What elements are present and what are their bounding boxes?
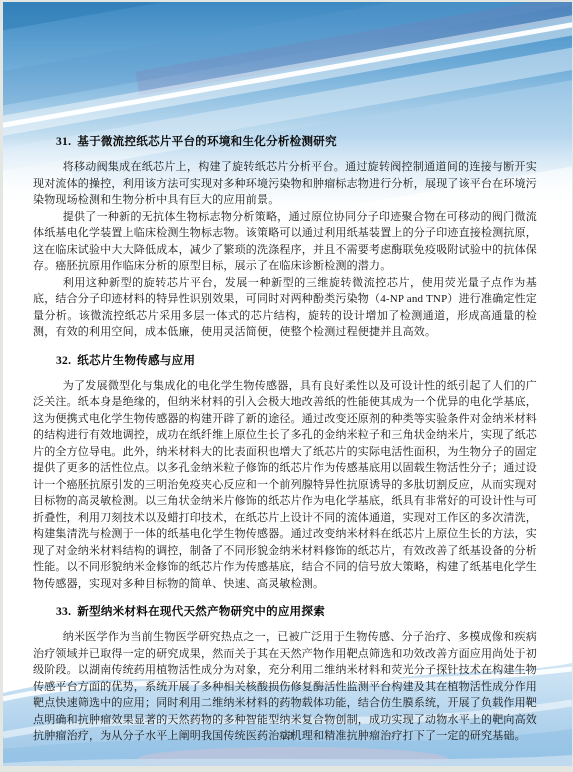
section-31: 31.基于微流控纸芯片平台的环境和生化分析检测研究 将移动阀集成在纸芯片上，构建… [33,133,537,341]
section-title: 31.基于微流控纸芯片平台的环境和生化分析检测研究 [56,133,537,149]
section-title-text: 新型纳米材料在现代天然产物研究中的应用探索 [77,606,325,618]
section-title: 33.新型纳米材料在现代天然产物研究中的应用探索 [56,603,537,619]
section-number: 33. [56,606,71,618]
document-page: 31.基于微流控纸芯片平台的环境和生化分析检测研究 将移动阀集成在纸芯片上，构建… [3,2,572,766]
scanned-page: 31.基于微流控纸芯片平台的环境和生化分析检测研究 将移动阀集成在纸芯片上，构建… [0,0,573,772]
section-number: 32. [56,355,71,367]
paragraph: 为了发展微型化与集成化的电化学生物传感器，具有良好柔性以及可设计性的纸引起了人们… [33,378,537,593]
paragraph: 纳米医学作为当前生物医学研究热点之一，已被广泛用于生物传感、分子治疗、多模成像和… [33,629,537,745]
section-title: 32.纸芯片生物传感与应用 [56,352,537,368]
section-title-text: 基于微流控纸芯片平台的环境和生化分析检测研究 [77,136,337,148]
document-body: 31.基于微流控纸芯片平台的环境和生化分析检测研究 将移动阀集成在纸芯片上，构建… [33,133,537,745]
page-number: 23 [3,730,572,742]
paragraph: 将移动阀集成在纸芯片上，构建了旋转纸芯片分析平台。通过旋转阀控制通道间的连接与断… [33,159,537,209]
section-number: 31. [56,136,71,148]
paragraph: 利用这种新型的旋转芯片平台，发展一种新型的三维旋转微流控芯片，使用荧光量子点作为… [33,275,537,341]
paragraph: 提供了一种新的无抗体生物标志物分析策略，通过原位协同分子印迹聚合物在可移动的阀门… [33,209,537,275]
section-title-text: 纸芯片生物传感与应用 [77,355,195,367]
section-33: 33.新型纳米材料在现代天然产物研究中的应用探索 纳米医学作为当前生物医学研究热… [33,603,537,745]
section-32: 32.纸芯片生物传感与应用 为了发展微型化与集成化的电化学生物传感器，具有良好柔… [33,352,537,593]
